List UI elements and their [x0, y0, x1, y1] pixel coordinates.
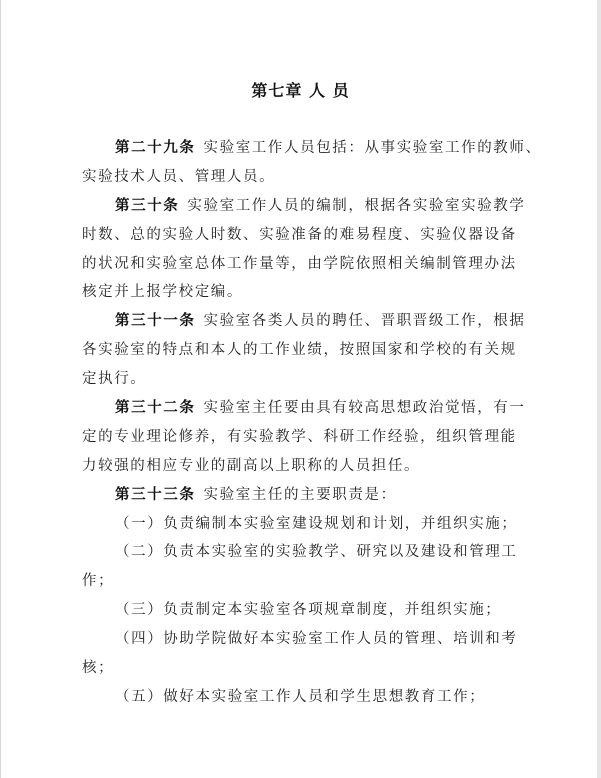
article-29-line-2: 实验技术人员、管理人员。: [82, 165, 527, 194]
duty-item-1: （一）负责编制本实验室建设规划和计划，并组织实施；: [82, 512, 527, 541]
document-body: 第二十九条实验室工作人员包括：从事实验室工作的教师、 实验技术人员、管理人员。 …: [82, 136, 527, 714]
article-33-line-1: 第三十三条实验室主任的主要职责是：: [82, 483, 527, 512]
article-32-line-3: 力较强的相应专业的副高以上职称的人员担任。: [82, 454, 527, 483]
scrollbar-track[interactable]: [597, 0, 601, 778]
article-30-line-4: 核定并上报学校定编。: [82, 280, 527, 309]
article-31-line-3: 定执行。: [82, 367, 527, 396]
article-30-line-3: 的状况和实验室总体工作量等，由学院依照相关编制管理办法: [82, 252, 527, 281]
document-page: 第七章 人 员 第二十九条实验室工作人员包括：从事实验室工作的教师、 实验技术人…: [0, 0, 597, 778]
article-32-line-2: 定的专业理论修养，有实验教学、科研工作经验，组织管理能: [82, 425, 527, 454]
duty-item-5: （五）做好本实验室工作人员和学生思想教育工作；: [82, 685, 527, 714]
article-text: 实验室工作人员包括：从事实验室工作的教师、: [204, 140, 542, 156]
article-30-line-2: 时数、总的实验人时数、实验准备的难易程度、实验仪器设备: [82, 223, 527, 252]
article-text: 实验室工作人员的编制，根据各实验室实验教学: [187, 198, 525, 214]
article-29-line-1: 第二十九条实验室工作人员包括：从事实验室工作的教师、: [82, 136, 527, 165]
article-text: 实验室主任的主要职责是：: [204, 487, 397, 503]
article-31-line-2: 各实验室的特点和本人的工作业绩，按照国家和学校的有关规: [82, 338, 527, 367]
article-32-line-1: 第三十二条实验室主任要由具有较高思想政治觉悟，有一: [82, 396, 527, 425]
article-text: 实验室各类人员的聘任、晋职晋级工作，根据: [204, 313, 526, 329]
duty-item-4: （四）协助学院做好本实验室工作人员的管理、培训和考: [82, 627, 527, 656]
duty-item-2: （二）负责本实验室的实验教学、研究以及建设和管理工: [82, 540, 527, 569]
article-number: 第三十一条: [115, 313, 196, 329]
chapter-title: 第七章 人 员: [0, 78, 601, 101]
article-number: 第三十条: [115, 198, 179, 214]
article-text: 实验室主任要由具有较高思想政治觉悟，有一: [204, 400, 526, 416]
duty-item-2-cont: 作；: [82, 569, 527, 598]
article-31-line-1: 第三十一条实验室各类人员的聘任、晋职晋级工作，根据: [82, 309, 527, 338]
article-number: 第三十三条: [115, 487, 196, 503]
duty-item-3: （三）负责制定本实验室各项规章制度，并组织实施；: [82, 598, 527, 627]
article-30-line-1: 第三十条实验室工作人员的编制，根据各实验室实验教学: [82, 194, 527, 223]
article-number: 第二十九条: [115, 140, 196, 156]
duty-item-4-cont: 核；: [82, 656, 527, 685]
article-number: 第三十二条: [115, 400, 196, 416]
